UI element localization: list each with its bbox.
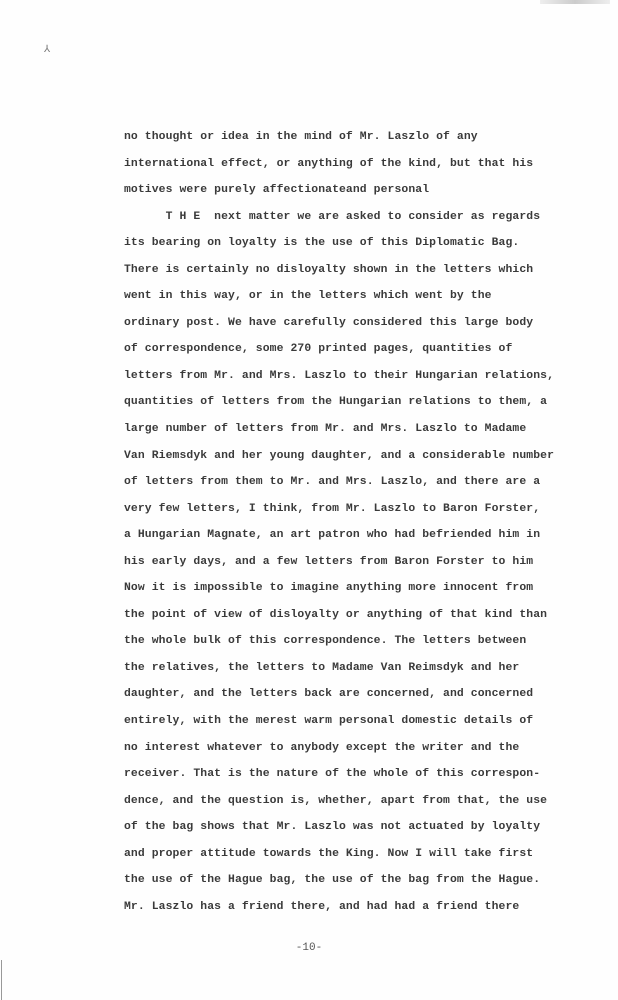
text-line: T H E next matter we are asked to consid… xyxy=(124,204,618,231)
text-line: its bearing on loyalty is the use of thi… xyxy=(124,230,618,257)
body-text: no thought or idea in the mind of Mr. La… xyxy=(124,124,618,920)
text-line: There is certainly no disloyalty shown i… xyxy=(124,257,618,284)
text-line: entirely, with the merest warm personal … xyxy=(124,708,618,735)
text-line: daughter, and the letters back are conce… xyxy=(124,681,618,708)
text-line: a Hungarian Magnate, an art patron who h… xyxy=(124,522,618,549)
text-line: motives were purely affectionateand pers… xyxy=(124,177,618,204)
text-line: and proper attitude towards the King. No… xyxy=(124,841,618,868)
text-line: letters from Mr. and Mrs. Laszlo to thei… xyxy=(124,363,618,390)
text-line: large number of letters from Mr. and Mrs… xyxy=(124,416,618,443)
text-line: went in this way, or in the letters whic… xyxy=(124,283,618,310)
text-line: very few letters, I think, from Mr. Lasz… xyxy=(124,496,618,523)
text-line: the relatives, the letters to Madame Van… xyxy=(124,655,618,682)
text-line: dence, and the question is, whether, apa… xyxy=(124,788,618,815)
text-line: quantities of letters from the Hungarian… xyxy=(124,389,618,416)
text-line: no interest whatever to anybody except t… xyxy=(124,735,618,762)
text-line: ordinary post. We have carefully conside… xyxy=(124,310,618,337)
scan-smudge xyxy=(540,0,610,4)
text-line: international effect, or anything of the… xyxy=(124,151,618,178)
text-line: the whole bulk of this correspondence. T… xyxy=(124,628,618,655)
text-line: of correspondence, some 270 printed page… xyxy=(124,336,618,363)
scan-edge-line xyxy=(1,960,2,1000)
text-line: no thought or idea in the mind of Mr. La… xyxy=(124,124,618,151)
text-line: the point of view of disloyalty or anyth… xyxy=(124,602,618,629)
text-line: Now it is impossible to imagine anything… xyxy=(124,575,618,602)
margin-mark: ⅄ xyxy=(44,44,50,55)
text-line: his early days, and a few letters from B… xyxy=(124,549,618,576)
text-line: the use of the Hague bag, the use of the… xyxy=(124,867,618,894)
text-line: receiver. That is the nature of the whol… xyxy=(124,761,618,788)
text-line: Mr. Laszlo has a friend there, and had h… xyxy=(124,894,618,921)
page-number: -10- xyxy=(0,942,618,954)
text-line: Van Riemsdyk and her young daughter, and… xyxy=(124,443,618,470)
document-page: ⅄ no thought or idea in the mind of Mr. … xyxy=(0,0,618,1000)
text-line: of letters from them to Mr. and Mrs. Las… xyxy=(124,469,618,496)
text-line: of the bag shows that Mr. Laszlo was not… xyxy=(124,814,618,841)
